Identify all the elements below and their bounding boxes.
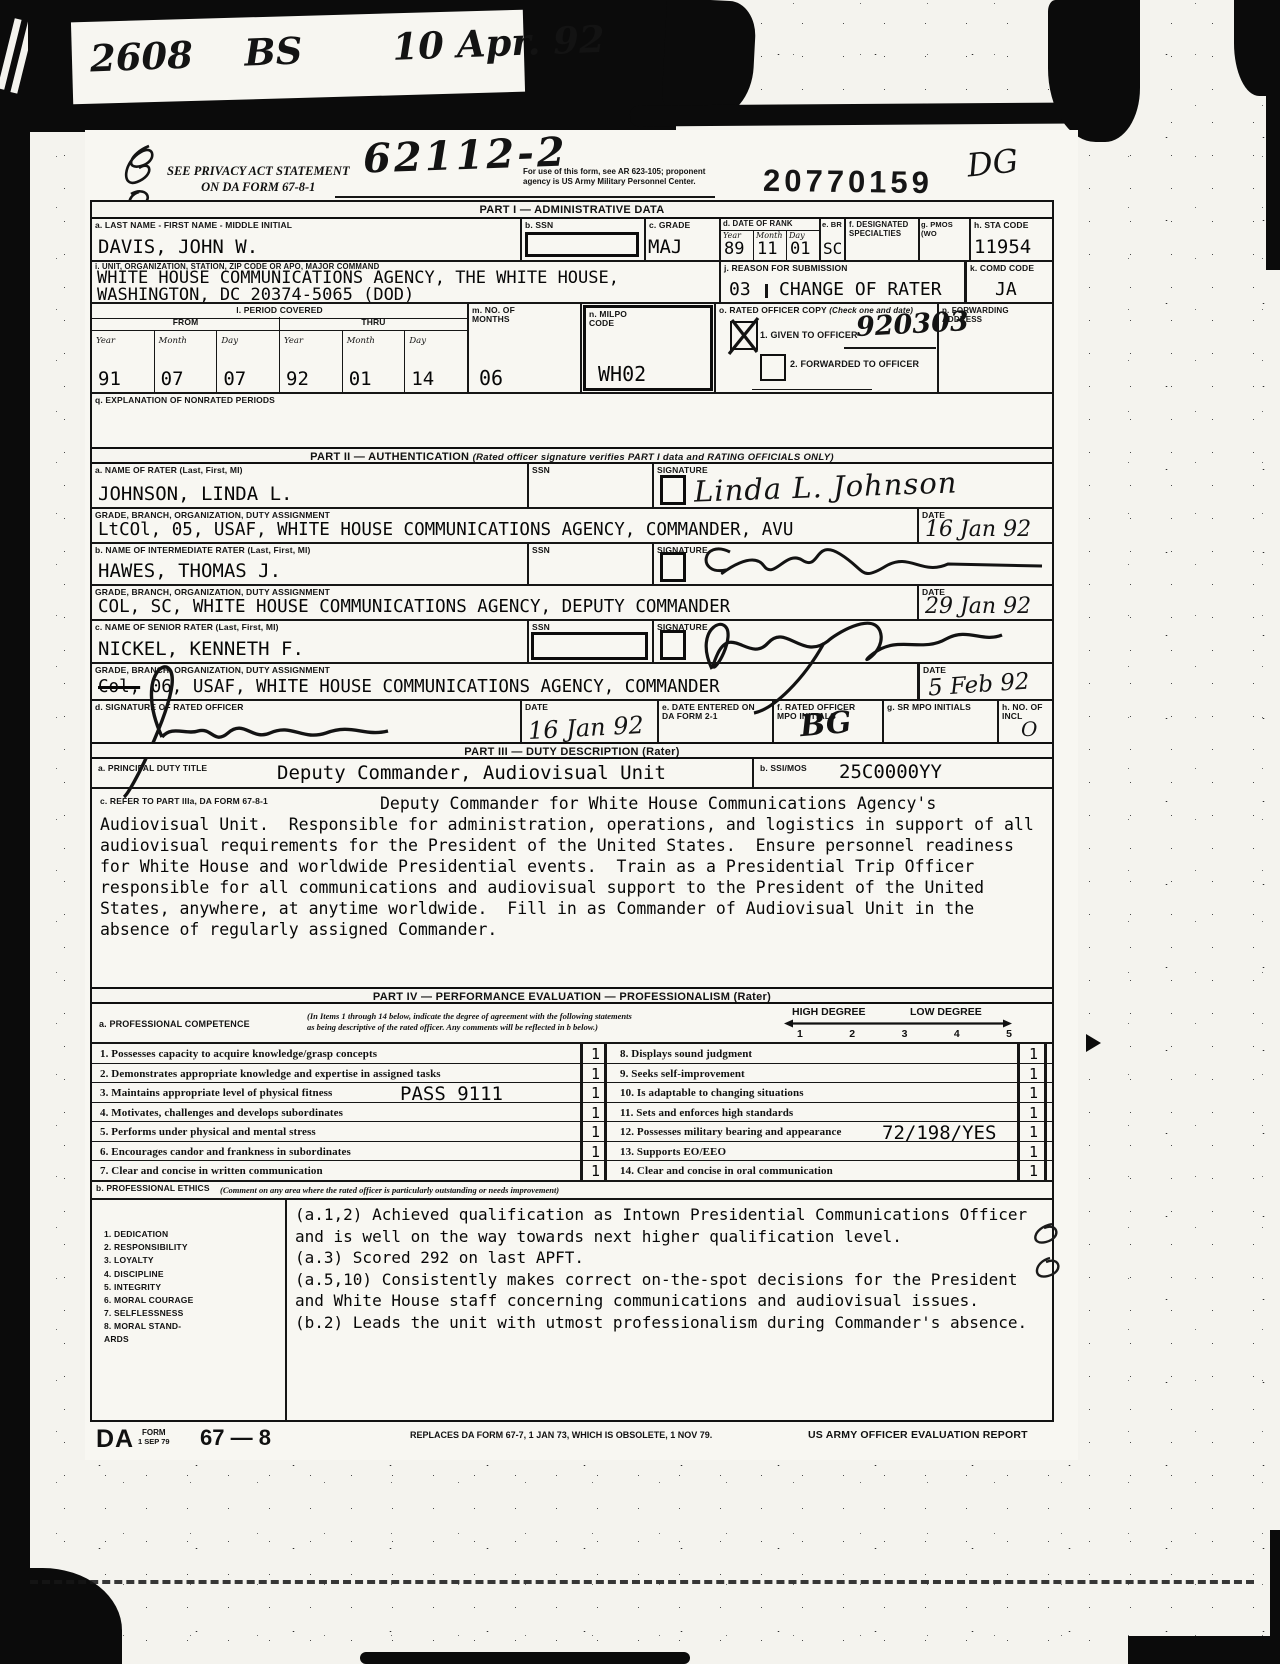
senior-signature-redaction xyxy=(660,630,686,660)
dor-year-value: 89 xyxy=(724,239,744,259)
mpo-initials-cell: f. RATED OFFICER MPO INITIALS BG xyxy=(772,701,882,742)
ethics-note: (Comment on any area where the rated off… xyxy=(220,1185,559,1195)
field-period-covered: l. PERIOD COVERED FROM THRU Year91 Month… xyxy=(92,304,467,392)
part1-row-nonrated: q. EXPLANATION OF NONRATED PERIODS xyxy=(92,392,1052,447)
field-sta-code-label: h. STA CODE xyxy=(971,219,1052,233)
scan-edge-right xyxy=(1266,60,1280,270)
rater-ssn-label: SSN xyxy=(529,464,652,478)
low-degree-label: LOW DEGREE xyxy=(910,1006,982,1018)
rater-signature-redaction xyxy=(660,475,686,505)
part1-header: PART I — ADMINISTRATIVE DATA xyxy=(92,202,1052,219)
item-3-rating-box: 1 xyxy=(580,1083,607,1102)
ethics-comment-4: (b.2) Leads the unit with utmost profess… xyxy=(295,1312,1047,1334)
mpo-initials-value: BG xyxy=(799,705,853,744)
competence-instruction: (In Items 1 through 14 below, indicate t… xyxy=(307,1011,777,1034)
duty-title-cell: a. PRINCIPAL DUTY TITLE Deputy Commander… xyxy=(92,759,752,787)
duty-refer-label: c. REFER TO PART IIIa, DA FORM 67-8-1 xyxy=(100,797,380,807)
item-5-label: 5. Performs under physical and mental st… xyxy=(100,1127,316,1138)
rater-ssn-cell: SSN xyxy=(527,464,652,507)
field-last-name: a. LAST NAME - FIRST NAME - MIDDLE INITI… xyxy=(92,219,520,260)
proponent-note: For use of this form, see AR 623-105; pr… xyxy=(523,167,705,188)
da-form-67-8: PART I — ADMINISTRATIVE DATA a. LAST NAM… xyxy=(90,200,1054,1422)
part1-row-period: l. PERIOD COVERED FROM THRU Year91 Month… xyxy=(92,302,1052,392)
checkbox-x-mark xyxy=(724,314,764,356)
scale-3: 3 xyxy=(902,1028,908,1040)
item-11-rating-box: 1 xyxy=(1017,1103,1047,1122)
milpo-label: n. MILPO CODE xyxy=(586,308,710,331)
rated-signature-cell: d. SIGNATURE OF RATED OFFICER xyxy=(92,701,520,742)
item-7-rating: 1 xyxy=(591,1162,600,1180)
comd-code-label-text: k. COMD CODE xyxy=(970,263,1034,273)
period-col-month2: Month xyxy=(343,336,375,346)
item-5-rating: 1 xyxy=(591,1123,600,1141)
ethics-item-5: 5. INTEGRITY xyxy=(104,1281,285,1294)
part1-title: PART I — ADMINISTRATIVE DATA xyxy=(479,204,664,216)
ethics-item-4: 4. DISCIPLINE xyxy=(104,1268,285,1281)
scan-top-right-blob xyxy=(1048,0,1140,142)
field-date-of-rank-label: d. DATE OF RANK xyxy=(721,219,819,231)
ethics-comment-3: (a.5,10) Consistently makes correct on-t… xyxy=(295,1269,1047,1312)
intermediate-name-row: b. NAME OF INTERMEDIATE RATER (Last, Fir… xyxy=(92,542,1052,584)
item-8-label: 8. Displays sound judgment xyxy=(620,1049,752,1060)
item-row: 4. Motivates, challenges and develops su… xyxy=(92,1103,1052,1123)
footer-form-number: 67 — 8 xyxy=(200,1425,271,1451)
given-date-underline xyxy=(844,347,936,349)
rated-date-cell: DATE 16 Jan 92 xyxy=(520,701,657,742)
ethics-comments: (a.1,2) Achieved qualification as Intown… xyxy=(295,1204,1047,1333)
ethics-item-8: 8. MORAL STAND-ARDS xyxy=(104,1320,204,1346)
ethics-item-7: 7. SELFLESSNESS xyxy=(104,1307,285,1320)
item-1-rating: 1 xyxy=(591,1045,600,1063)
date-entered-label2: DA FORM 2-1 xyxy=(662,712,769,721)
field-last-name-value: DAVIS, JOHN W. xyxy=(98,236,258,258)
field-grade: c. GRADE MAJ xyxy=(644,219,719,260)
item-row: 2. Demonstrates appropriate knowledge an… xyxy=(92,1064,1052,1084)
intermediate-name-cell: b. NAME OF INTERMEDIATE RATER (Last, Fir… xyxy=(92,544,527,584)
field-grade-label: c. GRADE xyxy=(646,219,719,233)
period-from-month: 07 xyxy=(161,368,184,390)
field-last-name-label: a. LAST NAME - FIRST NAME - MIDDLE INITI… xyxy=(92,219,520,233)
forwarding-address-label: p. FORWARDING ADDRESS xyxy=(939,304,1052,326)
scan-arrow-mark xyxy=(1086,1034,1101,1052)
ssi-mos-label: b. SSI/MOS xyxy=(757,762,810,776)
field-grade-value: MAJ xyxy=(648,236,682,258)
rater-name-value: JOHNSON, LINDA L. xyxy=(98,483,292,505)
field-ssn: b. SSN xyxy=(520,219,644,260)
scan-edge-left xyxy=(0,0,30,1612)
field-comd-code-label: k. COMD CODE xyxy=(967,262,1052,275)
field-sta-code: h. STA CODE 11954 xyxy=(969,219,1052,260)
item-13-label: 13. Supports EO/EEO xyxy=(620,1147,726,1158)
handwritten-corner-mark: DG xyxy=(965,141,1020,184)
ethics-label-row: b. PROFESSIONAL ETHICS (Comment on any a… xyxy=(92,1180,1052,1198)
item-6-label: 6. Encourages candor and frankness in su… xyxy=(100,1147,351,1158)
field-br-value: SC xyxy=(823,239,842,258)
footer-da: DA xyxy=(96,1425,134,1454)
field-br: e. BR SC xyxy=(819,219,844,260)
item-1-rating-box: 1 xyxy=(580,1044,607,1063)
item-13-rating-box: 1 xyxy=(1017,1142,1047,1161)
period-thru-year: 92 xyxy=(286,368,309,390)
dor-month-value: 11 xyxy=(757,239,777,259)
item-2-rating: 1 xyxy=(591,1065,600,1083)
intermediate-ssn-cell: SSN xyxy=(527,544,652,584)
competence-instruction-line1: (In Items 1 through 14 below, indicate t… xyxy=(307,1011,777,1022)
field-date-of-rank: d. DATE OF RANK Year 89 Month 11 Day 01 xyxy=(719,219,819,260)
field-pmos-label: g. PMOS (WO xyxy=(920,219,969,240)
item-9-rating: 1 xyxy=(1029,1065,1038,1083)
rated-officer-row: d. SIGNATURE OF RATED OFFICER DATE 16 Ja… xyxy=(92,699,1052,742)
ethics-item-6: 6. MORAL COURAGE xyxy=(104,1294,285,1307)
item-row: 3. Maintains appropriate level of physic… xyxy=(92,1083,1052,1103)
scan-strip-bottom-right xyxy=(1128,1636,1280,1664)
privacy-line2: ON DA FORM 67-8-1 xyxy=(167,180,350,196)
edge-pen-scribble xyxy=(1022,1218,1062,1288)
field-designated-specialties: f. DESIGNATED SPECIALTIES xyxy=(844,219,918,260)
sr-mpo-initials-cell: g. SR MPO INITIALS xyxy=(882,701,997,742)
rater-name-label: a. NAME OF RATER (Last, First, MI) xyxy=(92,464,527,478)
intermediate-name-label: b. NAME OF INTERMEDIATE RATER (Last, Fir… xyxy=(92,544,527,558)
competence-header-row: a. PROFESSIONAL COMPETENCE (In Items 1 t… xyxy=(92,1004,1052,1042)
milpo-label2: CODE xyxy=(589,319,707,328)
ethics-item-2: 2. RESPONSIBILITY xyxy=(104,1241,285,1254)
senior-signature-cell: SIGNATURE xyxy=(652,621,1052,662)
high-degree-label: HIGH DEGREE xyxy=(792,1006,866,1018)
competence-label: a. PROFESSIONAL COMPETENCE xyxy=(96,1017,253,1031)
part2-header: PART II — AUTHENTICATION (Rated officer … xyxy=(92,447,1052,464)
field-no-of-months: m. NO. OF MONTHS 06 xyxy=(467,304,580,392)
field-pmos: g. PMOS (WO xyxy=(918,219,969,260)
part3-title: PART III — DUTY DESCRIPTION (Rater) xyxy=(464,746,679,758)
ethics-label: b. PROFESSIONAL ETHICS xyxy=(96,1184,210,1194)
routing-slip: 2608 BS 10 Apr. 92 xyxy=(71,10,525,105)
item-12-rating-box: 1 xyxy=(1017,1122,1047,1141)
senior-ssn-redaction xyxy=(531,632,648,660)
duty-description-row: c. REFER TO PART IIIa, DA FORM 67-8-1Dep… xyxy=(92,787,1052,987)
footer-report-title: US ARMY OFFICER EVALUATION REPORT xyxy=(808,1429,1028,1441)
senior-date-value: 5 Feb 92 xyxy=(927,668,1030,701)
item-9-rating-box: 1 xyxy=(1017,1064,1047,1083)
item-4-rating: 1 xyxy=(591,1104,600,1122)
item-row: 5. Performs under physical and mental st… xyxy=(92,1122,1052,1142)
scale-5: 5 xyxy=(1006,1028,1012,1040)
senior-ssn-cell: SSN xyxy=(527,621,652,662)
footer-form-small: FORM xyxy=(142,1428,166,1437)
forwarded-to-officer-checkbox xyxy=(760,354,786,381)
item-7-label: 7. Clear and concise in written communic… xyxy=(100,1166,323,1177)
period-thru-month: 01 xyxy=(349,368,372,390)
period-col-day1: Day xyxy=(217,336,238,346)
part2-title-note: (Rated officer signature verifies PART I… xyxy=(473,452,834,463)
forwarded-underline xyxy=(752,389,872,390)
field-br-label: e. BR xyxy=(821,219,844,232)
item-row: 7. Clear and concise in written communic… xyxy=(92,1161,1052,1180)
item-3-label: 3. Maintains appropriate level of physic… xyxy=(100,1088,332,1099)
months-label2: MONTHS xyxy=(472,315,577,324)
item-14-label: 14. Clear and concise in oral communicat… xyxy=(620,1166,833,1177)
rater-name-row: a. NAME OF RATER (Last, First, MI) JOHNS… xyxy=(92,464,1052,507)
competence-instruction-line2: as being descriptive of the rated office… xyxy=(307,1022,777,1033)
field-sta-code-value: 11954 xyxy=(974,236,1031,258)
item-8-rating-box: 1 xyxy=(1017,1044,1047,1063)
part2-title: PART II — AUTHENTICATION xyxy=(310,451,469,463)
competence-items: 1. Possesses capacity to acquire knowled… xyxy=(92,1042,1052,1180)
privacy-line1: SEE PRIVACY ACT STATEMENT xyxy=(167,164,350,180)
period-col-month1: Month xyxy=(155,336,187,346)
item-5-rating-box: 1 xyxy=(580,1122,607,1141)
field-ssn-label: b. SSN xyxy=(522,219,644,233)
privacy-statement: SEE PRIVACY ACT STATEMENT ON DA FORM 67-… xyxy=(167,164,350,195)
part4-header: PART IV — PERFORMANCE EVALUATION — PROFE… xyxy=(92,987,1052,1004)
ssi-mos-cell: b. SSI/MOS 25C0000YY xyxy=(752,759,1052,787)
period-thru-day: 14 xyxy=(411,368,434,390)
field-comd-code-value: JA xyxy=(995,279,1017,300)
reason-tick xyxy=(765,284,768,298)
intermediate-signature-redaction xyxy=(660,552,686,582)
intermediate-name-value: HAWES, THOMAS J. xyxy=(98,560,281,582)
milpo-value: WH02 xyxy=(598,362,646,386)
proponent-line2: agency is US Army Military Personnel Cen… xyxy=(523,177,705,187)
duty-description-text: Deputy Commander for White House Communi… xyxy=(100,794,1044,939)
item-4-label: 4. Motivates, challenges and develops su… xyxy=(100,1108,343,1119)
stamp-number: 20770159 xyxy=(763,163,933,201)
no-of-incl-value: O xyxy=(1021,717,1037,741)
intermediate-signature-cell: SIGNATURE xyxy=(652,544,1052,584)
duty-title-row: a. PRINCIPAL DUTY TITLE Deputy Commander… xyxy=(92,759,1052,787)
period-from-label: FROM xyxy=(92,317,280,330)
field-reason: j. REASON FOR SUBMISSION 03 CHANGE OF RA… xyxy=(719,262,964,302)
scale-1: 1 xyxy=(797,1028,803,1040)
document: SEE PRIVACY ACT STATEMENT ON DA FORM 67-… xyxy=(85,130,1078,1460)
scanned-page: 2608 BS 10 Apr. 92 SEE PRIVACY ACT STATE… xyxy=(0,0,1280,1664)
period-thru-label: THRU xyxy=(280,317,467,330)
scan-dashed-line xyxy=(30,1580,1254,1584)
ssn-redaction-box xyxy=(525,232,639,257)
scale-4: 4 xyxy=(954,1028,960,1040)
field-rated-officer-copy: o. RATED OFFICER COPY (Check one and dat… xyxy=(714,304,937,392)
scan-top-blob xyxy=(661,0,757,120)
duty-title-value: Deputy Commander, Audiovisual Unit xyxy=(277,762,666,784)
item-2-rating-box: 1 xyxy=(580,1064,607,1083)
item-12-label: 12. Possesses military bearing and appea… xyxy=(620,1127,841,1138)
field-reason-label: j. REASON FOR SUBMISSION xyxy=(721,262,964,276)
item-6-rating-box: 1 xyxy=(580,1142,607,1161)
item-14-rating-box: 1 xyxy=(1017,1161,1047,1180)
item-1-label: 1. Possesses capacity to acquire knowled… xyxy=(100,1049,377,1060)
ethics-comment-1: (a.1,2) Achieved qualification as Intown… xyxy=(295,1204,1047,1247)
item-7-rating-box: 1 xyxy=(580,1161,607,1180)
ethics-item-1: 1. DEDICATION xyxy=(104,1228,285,1241)
item-12-rating: 1 xyxy=(1029,1123,1038,1141)
part1-row-unit: i. UNIT, ORGANIZATION, STATION, ZIP CODE… xyxy=(92,260,1052,302)
period-col-day2: Day xyxy=(405,336,426,346)
item-8-rating: 1 xyxy=(1029,1045,1038,1063)
dor-day-value: 01 xyxy=(790,239,810,259)
item-14-rating: 1 xyxy=(1029,1162,1038,1180)
period-from-day: 07 xyxy=(223,368,246,390)
date-entered-cell: e. DATE ENTERED ON DA FORM 2-1 xyxy=(657,701,772,742)
rater-signature-cell: SIGNATURE Linda L. Johnson xyxy=(652,464,1052,507)
footer-replaces: REPLACES DA FORM 67-7, 1 JAN 73, WHICH I… xyxy=(410,1430,712,1440)
ssi-mos-value: 25C0000YY xyxy=(839,761,942,783)
degree-scale-arrow xyxy=(784,1019,1012,1028)
part1-row-identity: a. LAST NAME - FIRST NAME - MIDDLE INITI… xyxy=(92,219,1052,260)
item-10-label: 10. Is adaptable to changing situations xyxy=(620,1088,804,1099)
field-designated-specialties-label: f. DESIGNATED SPECIALTIES xyxy=(846,219,918,241)
item-9-label: 9. Seeks self-improvement xyxy=(620,1069,745,1080)
given-to-officer-label: 1. GIVEN TO OFFICER xyxy=(760,330,858,340)
item-row: 1. Possesses capacity to acquire knowled… xyxy=(92,1044,1052,1064)
intermediate-grade-value: COL, SC, WHITE HOUSE COMMUNICATIONS AGEN… xyxy=(98,597,730,617)
senior-date-cell: DATE 5 Feb 92 xyxy=(917,664,1052,699)
field-unit: i. UNIT, ORGANIZATION, STATION, ZIP CODE… xyxy=(92,262,719,302)
scan-smear-bottom xyxy=(360,1652,690,1664)
item-6-rating: 1 xyxy=(591,1143,600,1161)
ethics-list: 1. DEDICATION 2. RESPONSIBILITY 3. LOYAL… xyxy=(92,1200,287,1420)
part3-header: PART III — DUTY DESCRIPTION (Rater) xyxy=(92,742,1052,759)
sr-mpo-initials-label: g. SR MPO INITIALS xyxy=(884,701,997,715)
ethics-comment-2: (a.3) Scored 292 on last APFT. xyxy=(295,1247,1047,1269)
intermediate-ssn-label: SSN xyxy=(529,544,652,558)
header-underline xyxy=(335,196,715,198)
item-2-label: 2. Demonstrates appropriate knowledge an… xyxy=(100,1069,441,1080)
part4-title: PART IV — PERFORMANCE EVALUATION — PROFE… xyxy=(373,991,771,1003)
rated-date-value: 16 Jan 92 xyxy=(527,711,644,745)
duty-title-label: a. PRINCIPAL DUTY TITLE xyxy=(95,762,210,776)
period-col-year2: Year xyxy=(280,336,303,346)
months-label: m. NO. OF MONTHS xyxy=(469,304,580,327)
ethics-item-3: 3. LOYALTY xyxy=(104,1254,285,1267)
proponent-line1: For use of this form, see AR 623-105; pr… xyxy=(523,167,705,177)
field-forwarding-address: p. FORWARDING ADDRESS xyxy=(937,304,1052,392)
date-entered-label: e. DATE ENTERED ON DA FORM 2-1 xyxy=(659,701,772,724)
item-13-rating: 1 xyxy=(1029,1143,1038,1161)
item-10-rating: 1 xyxy=(1029,1084,1038,1102)
period-from-year: 91 xyxy=(98,368,121,390)
scale-2: 2 xyxy=(849,1028,855,1040)
field-reason-code: 03 xyxy=(729,279,751,300)
item-4-rating-box: 1 xyxy=(580,1103,607,1122)
nonrated-label: q. EXPLANATION OF NONRATED PERIODS xyxy=(92,394,1052,408)
field-reason-value: CHANGE OF RATER xyxy=(779,279,942,300)
item-11-rating: 1 xyxy=(1029,1104,1038,1122)
item-row: 6. Encourages candor and frankness in su… xyxy=(92,1142,1052,1162)
item-10-rating-box: 1 xyxy=(1017,1083,1047,1102)
senior-name-label: c. NAME OF SENIOR RATER (Last, First, MI… xyxy=(92,621,527,635)
months-value: 06 xyxy=(479,366,503,390)
ethics-area: 1. DEDICATION 2. RESPONSIBILITY 3. LOYAL… xyxy=(92,1198,1052,1420)
forwarded-to-officer-label: 2. FORWARDED TO OFFICER xyxy=(790,359,919,369)
field-milpo-code: n. MILPO CODE WH02 xyxy=(580,304,714,392)
period-col-year1: Year xyxy=(92,336,115,346)
field-comd-code: k. COMD CODE JA xyxy=(964,262,1052,302)
scan-top-smear xyxy=(630,102,1088,126)
footer-date-small: 1 SEP 79 xyxy=(138,1437,170,1446)
degree-scale-numbers: 1 2 3 4 5 xyxy=(797,1028,1012,1040)
item-11-label: 11. Sets and enforces high standards xyxy=(620,1108,793,1119)
form-footer: DA FORM 1 SEP 79 67 — 8 REPLACES DA FORM… xyxy=(90,1425,1050,1459)
item-3-rating: 1 xyxy=(591,1084,600,1102)
rater-name-cell: a. NAME OF RATER (Last, First, MI) JOHNS… xyxy=(92,464,527,507)
no-of-incl-cell: h. NO. OF INCL O xyxy=(997,701,1052,742)
